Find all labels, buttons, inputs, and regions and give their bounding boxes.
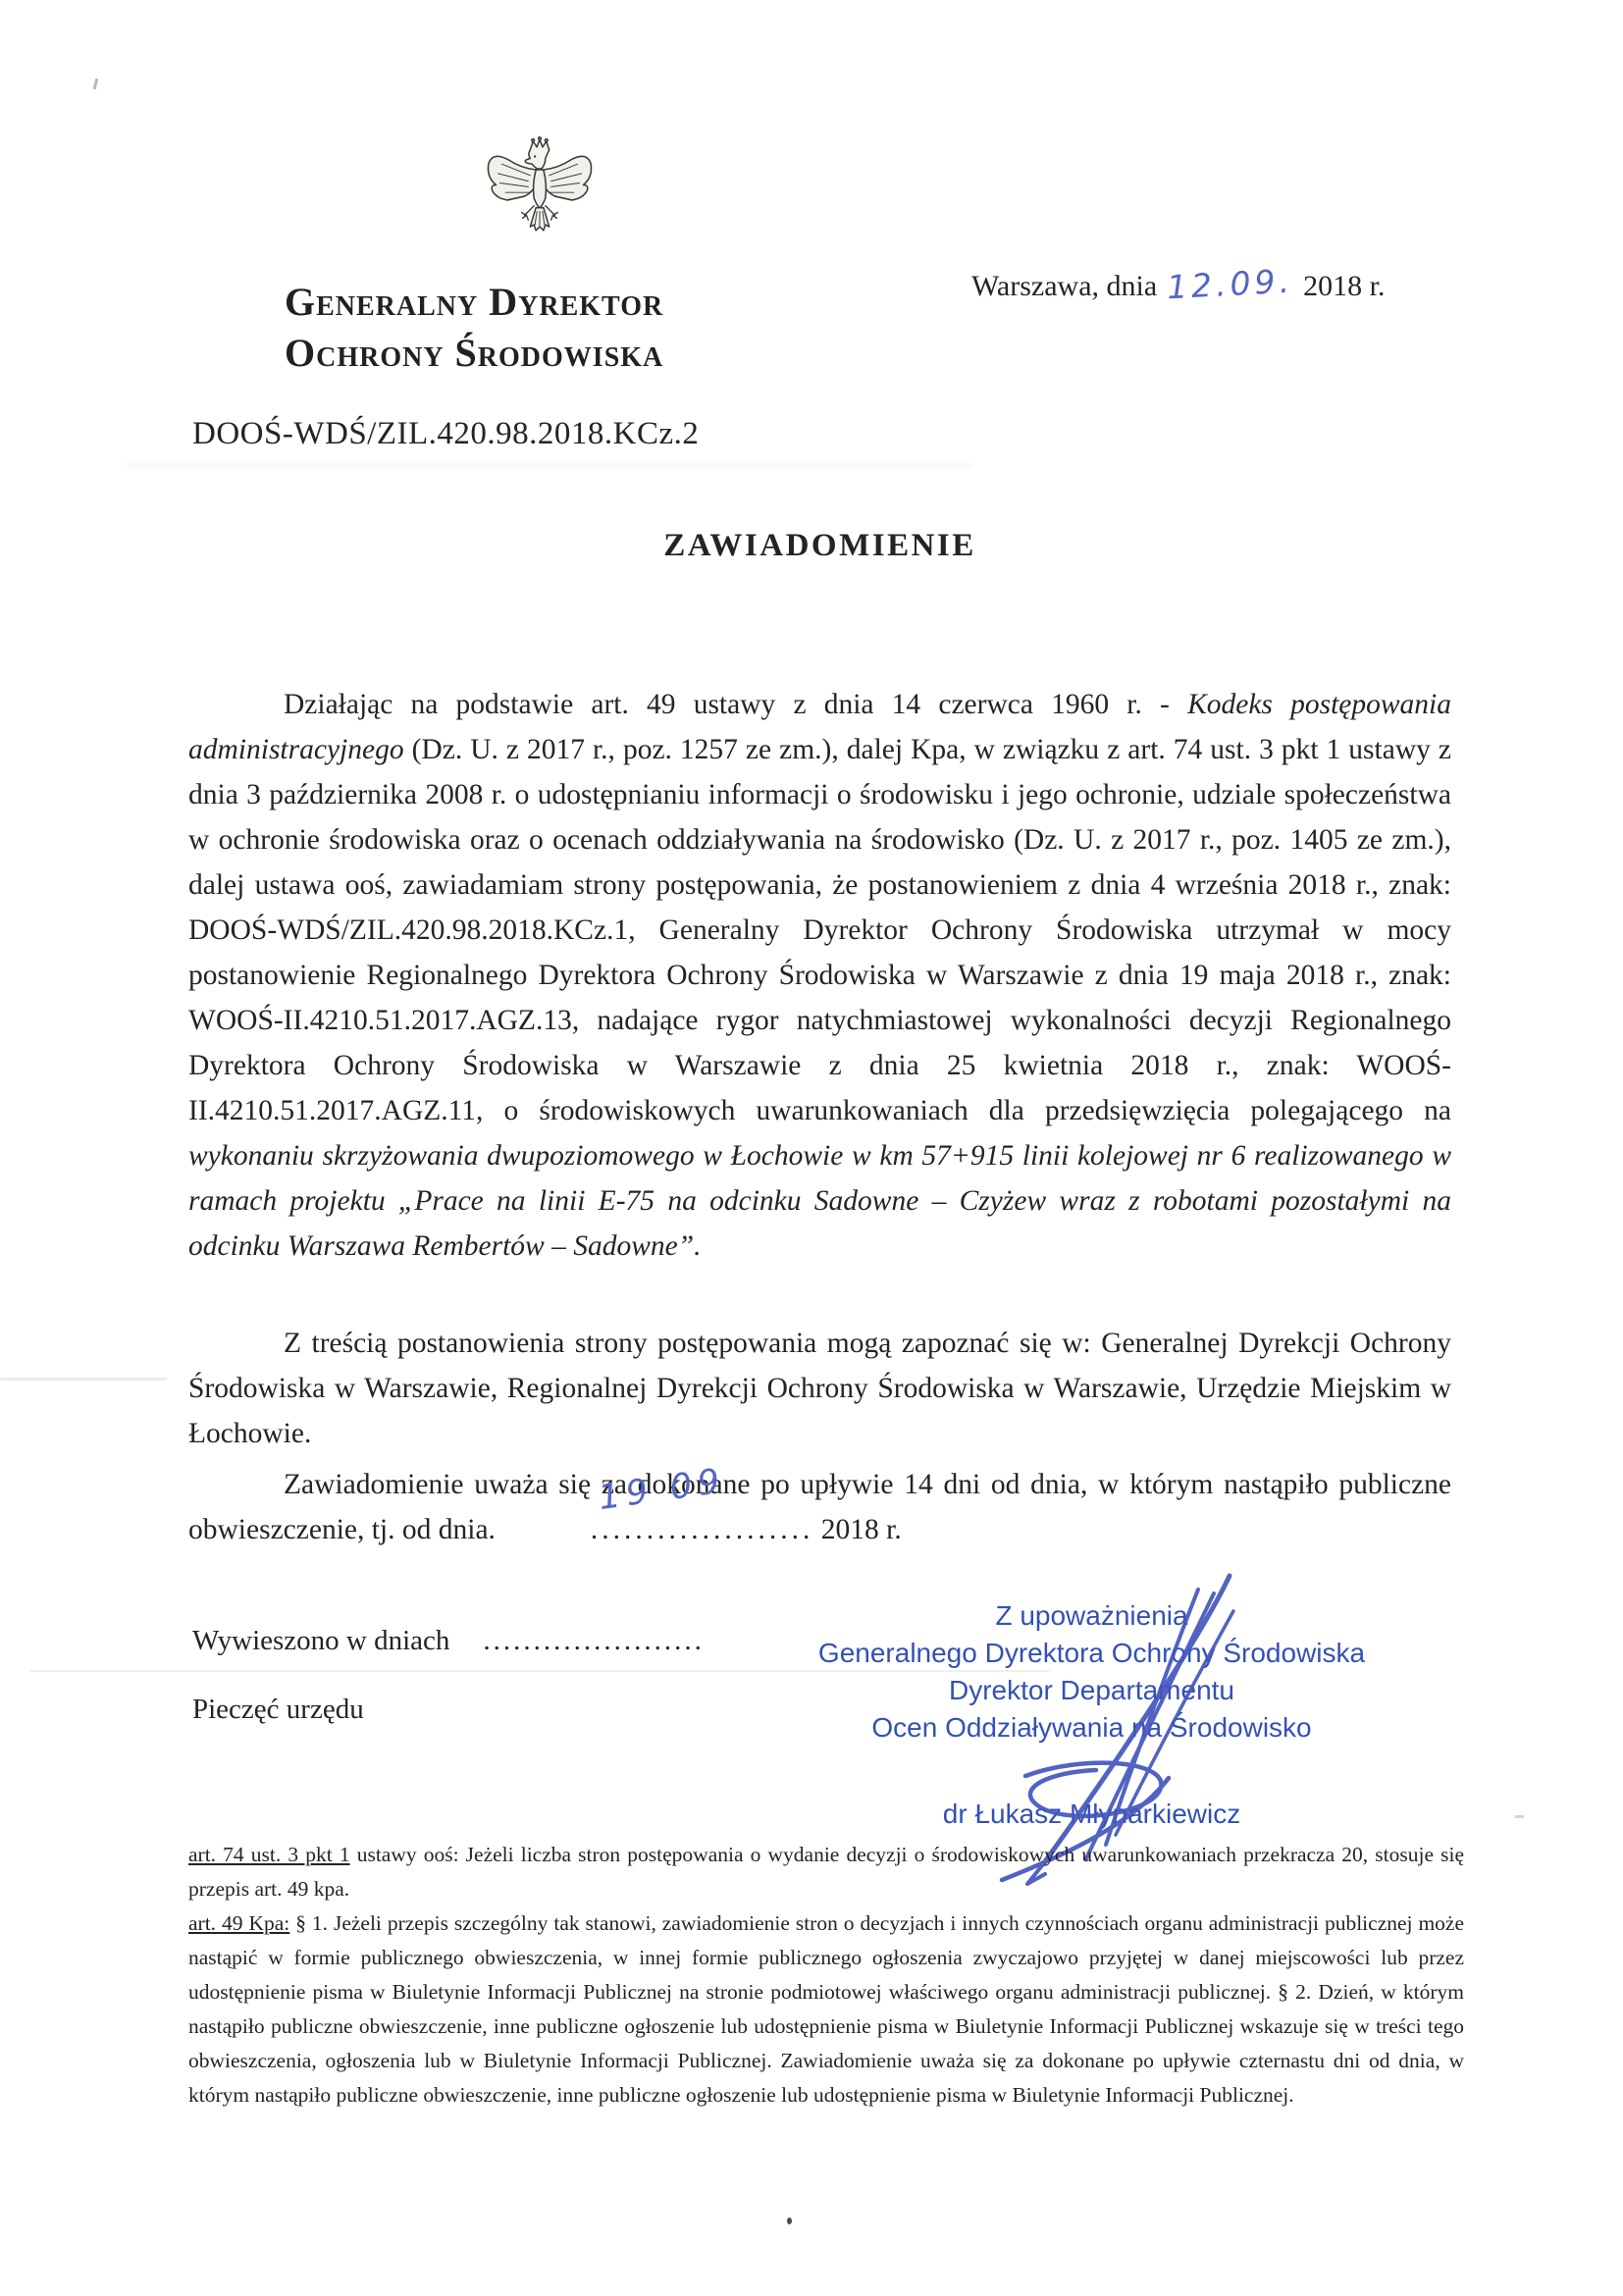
handwritten-date: 12.09. xyxy=(1166,262,1294,307)
footnote-2: art. 49 Kpa: § 1. Jeżeli przepis szczegó… xyxy=(188,1906,1464,2113)
footnote-1-text: ustawy ooś: Jeżeli liczba stron postępow… xyxy=(188,1843,1464,1901)
org-name-line1: Generalny Dyrektor xyxy=(285,277,795,328)
p1-segment3: (Dz. U. z 2017 r., poz. 1257 ze zm.), da… xyxy=(188,734,1451,1126)
posted-label: Wywieszono w dniach xyxy=(192,1625,449,1656)
posted-dates-row: Wywieszono w dniach.....................… xyxy=(192,1625,705,1657)
scan-speck xyxy=(93,78,99,89)
scan-speck xyxy=(1515,1815,1524,1818)
paragraph-where-to-read: Z treścią postanowienia strony postępowa… xyxy=(188,1321,1451,1456)
dotted-fill-wrap: ....................19 09 xyxy=(496,1507,814,1552)
date-line: Warszawa, dnia12.09.2018 r. xyxy=(971,265,1482,303)
footnote-2-ref: art. 49 Kpa: xyxy=(188,1911,289,1935)
polish-eagle-emblem xyxy=(483,135,597,261)
footnote-1: art. 74 ust. 3 pkt 1 ustawy ooś: Jeżeli … xyxy=(188,1838,1464,1906)
scan-speck xyxy=(787,2218,792,2224)
footnote-2-text: § 1. Jeżeli przepis szczególny tak stano… xyxy=(188,1911,1464,2107)
paragraph-effective-date: Zawiadomienie uważa się za dokonane po u… xyxy=(188,1462,1451,1552)
dotted-fill: .................... xyxy=(591,1514,814,1545)
p1-project-name-italic: wykonaniu skrzyżowania dwupoziomowego w … xyxy=(188,1140,1451,1262)
scanned-letter-page: Generalny Dyrektor Ochrony Środowiska Wa… xyxy=(0,0,1623,2296)
paragraph-legal-basis: Działając na podstawie art. 49 ustawy z … xyxy=(188,682,1451,1269)
date-year: 2018 r. xyxy=(1303,270,1385,302)
date-prefix: Warszawa, dnia xyxy=(971,270,1157,302)
letterhead-org-name: Generalny Dyrektor Ochrony Środowiska xyxy=(285,277,795,379)
posted-dotted-fill: ...................... xyxy=(483,1625,705,1656)
scan-streak xyxy=(128,463,971,468)
document-body: Działając na podstawie art. 49 ustawy z … xyxy=(188,682,1451,1552)
p1-segment1: Działając na podstawie art. 49 ustawy z … xyxy=(284,689,1187,720)
reference-number: DOOŚ-WDŚ/ZIL.420.98.2018.KCz.2 xyxy=(192,416,699,452)
seal-label: Pieczęć urzędu xyxy=(192,1694,364,1726)
footnote-1-ref: art. 74 ust. 3 pkt 1 xyxy=(188,1843,350,1866)
scan-streak xyxy=(0,1378,167,1381)
p3-year: 2018 r. xyxy=(813,1514,901,1545)
footnote-block: art. 74 ust. 3 pkt 1 ustawy ooś: Jeżeli … xyxy=(188,1838,1464,2113)
document-title: ZAWIADOMIENIE xyxy=(188,528,1451,564)
org-name-line2: Ochrony Środowiska xyxy=(285,328,795,379)
